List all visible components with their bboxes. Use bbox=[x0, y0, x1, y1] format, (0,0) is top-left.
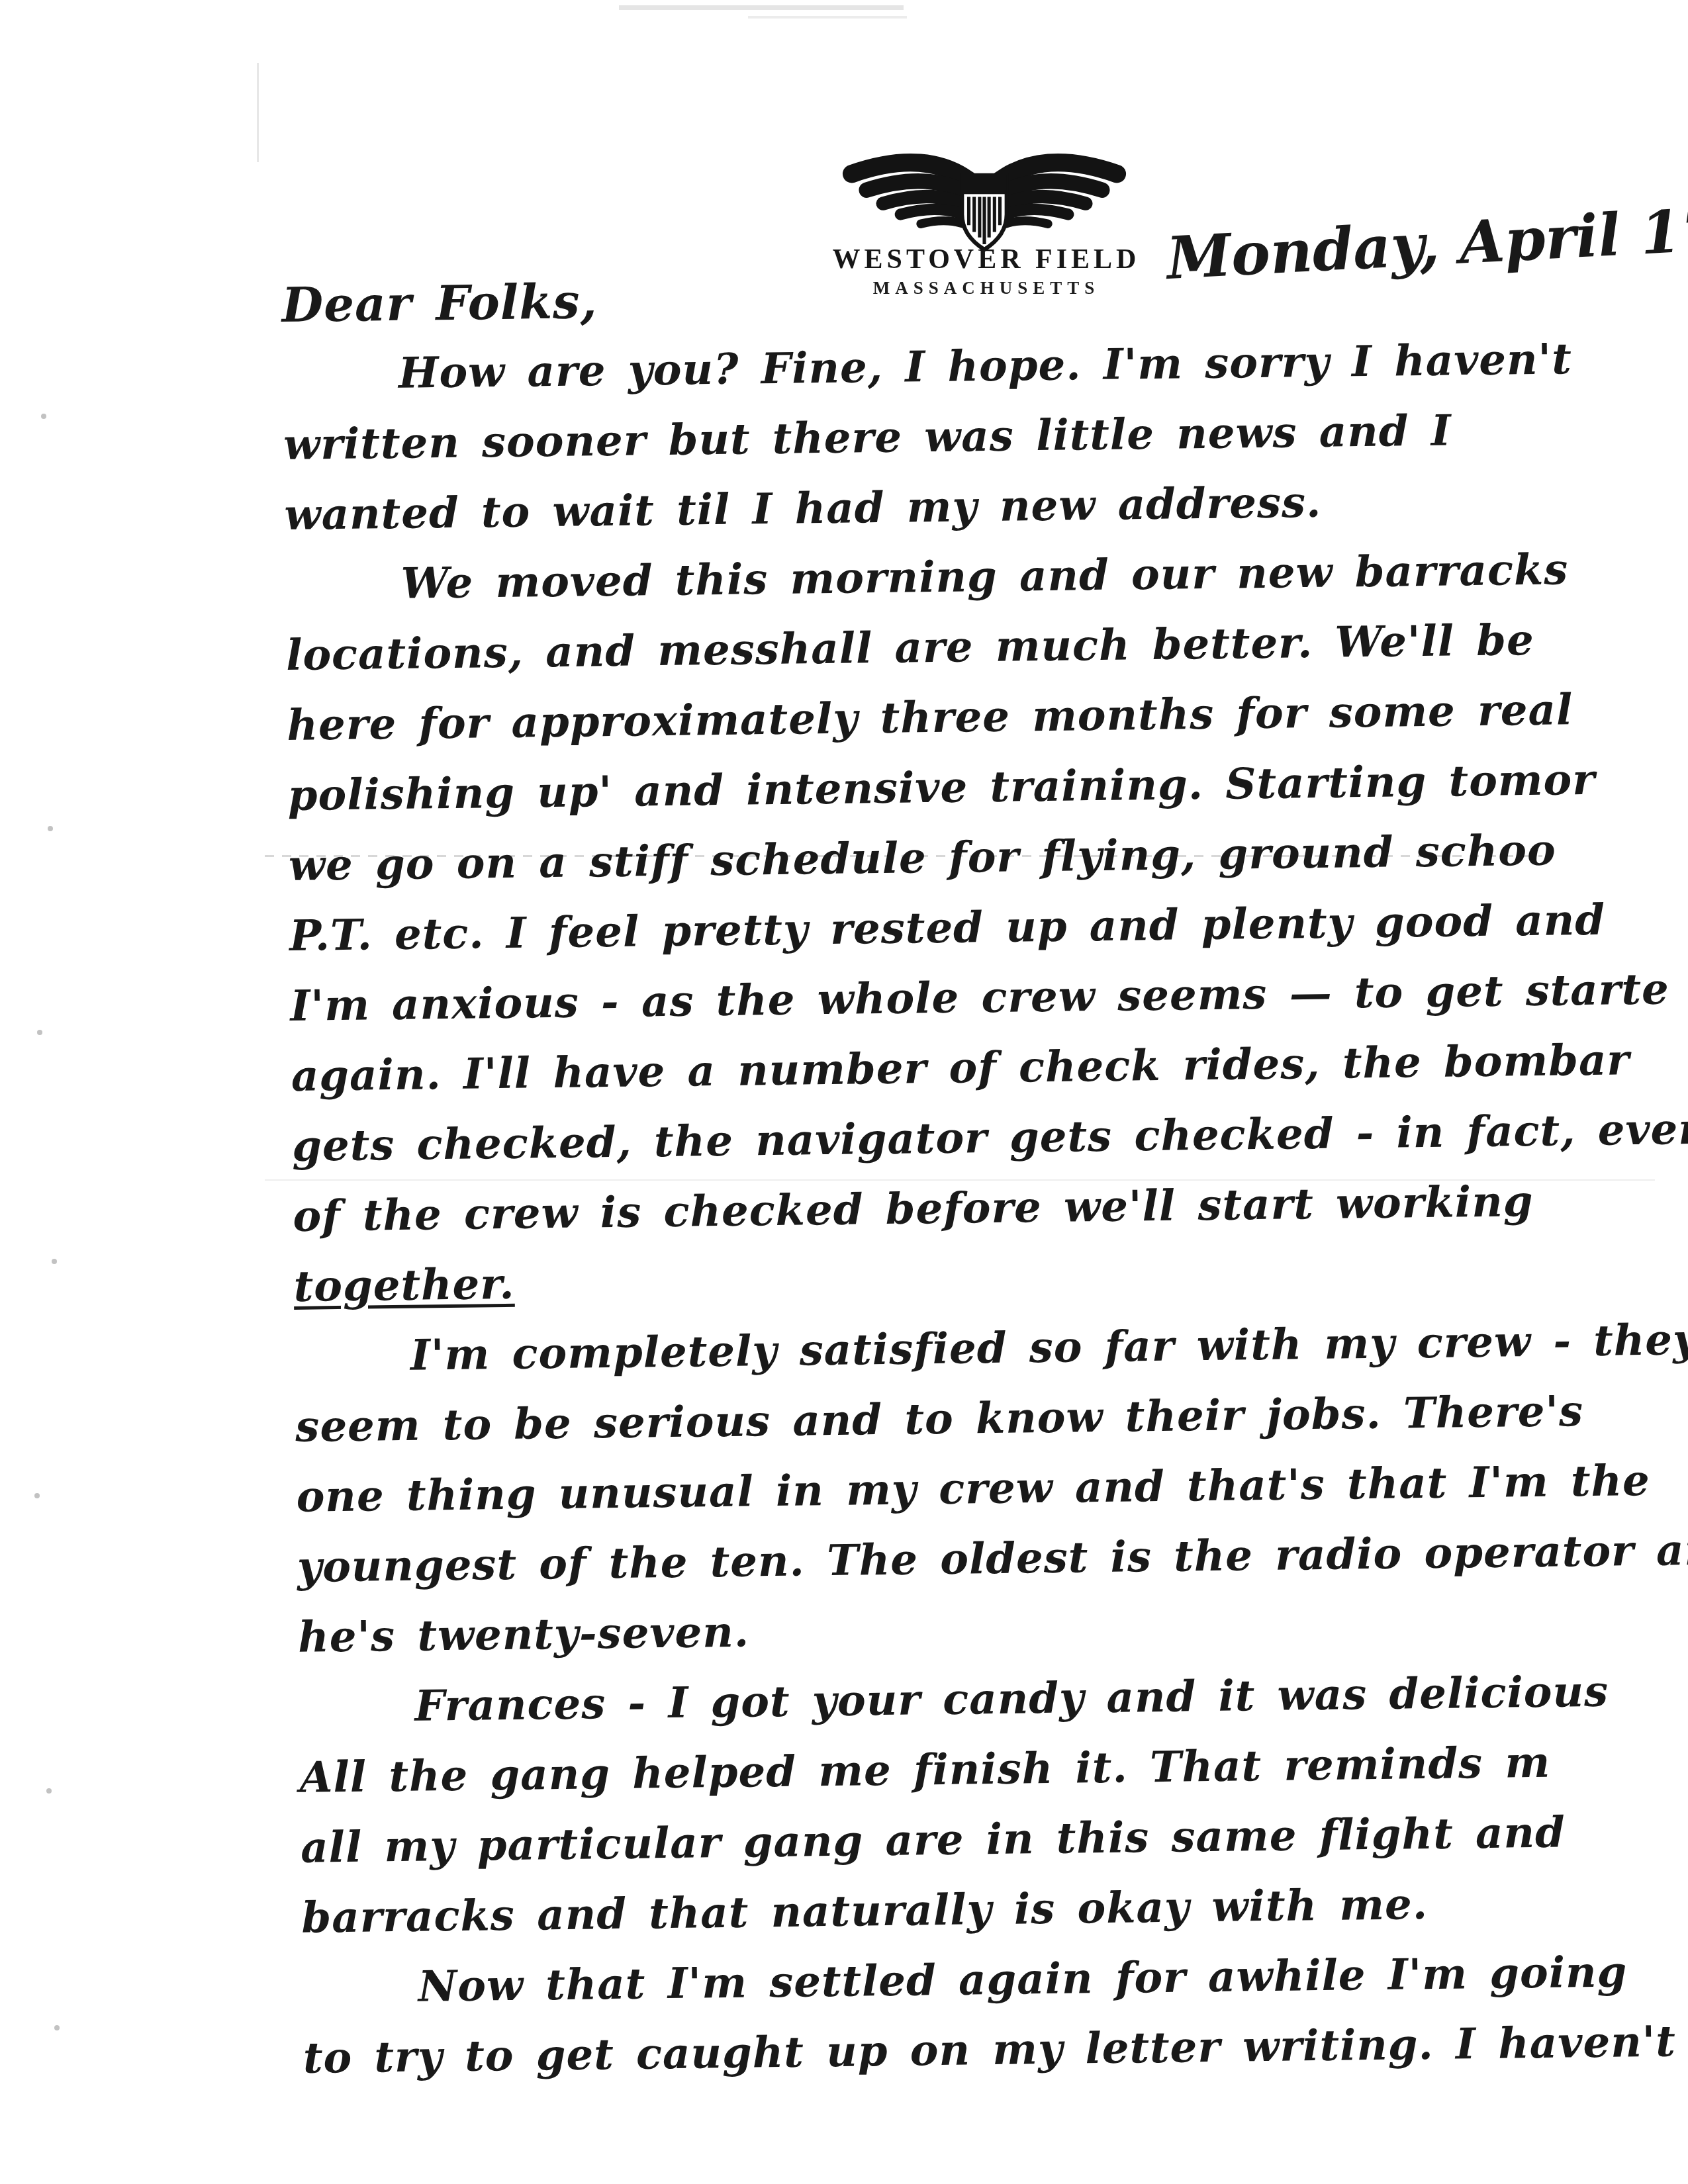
letter-body: Dear Folks, How are you? Fine, I hope. I… bbox=[281, 253, 1688, 2094]
scan-artifact bbox=[619, 5, 904, 10]
scan-artifact bbox=[41, 414, 46, 419]
letter-lines: How are you? Fine, I hope. I'm sorry I h… bbox=[282, 323, 1688, 2094]
scan-artifact bbox=[48, 826, 53, 831]
scan-artifact bbox=[54, 2025, 60, 2030]
scanned-letter-page: { "page": { "background": "#ffffff", "in… bbox=[0, 0, 1688, 2184]
scan-artifact bbox=[52, 1259, 57, 1264]
scan-artifact bbox=[46, 1788, 52, 1794]
scan-artifact bbox=[37, 1030, 42, 1035]
scan-artifact bbox=[748, 16, 907, 19]
scan-artifact bbox=[257, 63, 259, 162]
pilot-wings-icon bbox=[829, 142, 1140, 258]
scan-artifact bbox=[34, 1493, 40, 1498]
